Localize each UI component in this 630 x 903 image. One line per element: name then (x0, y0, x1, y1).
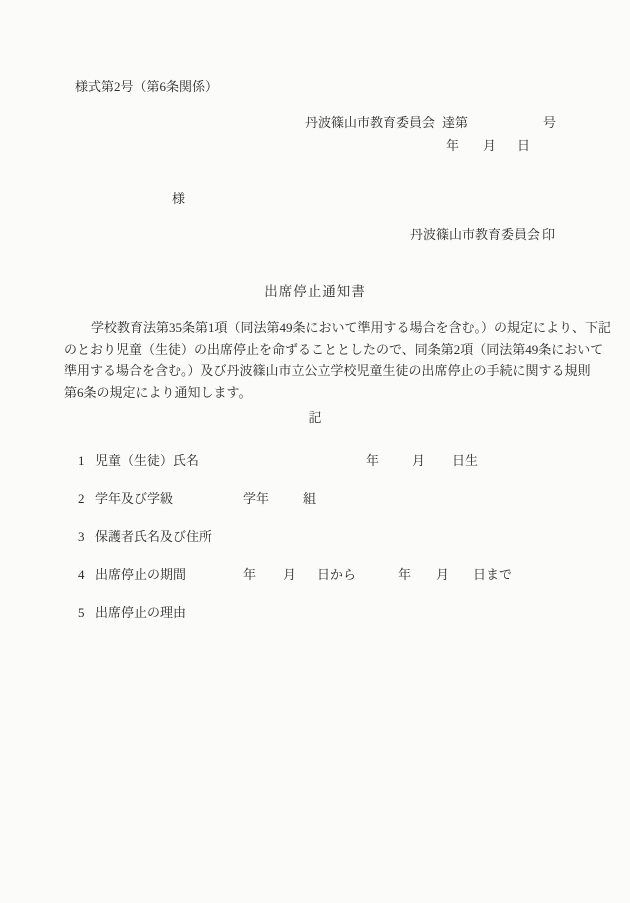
issuer-line: 丹波篠山市教育委員会 達第 号 (0, 116, 630, 136)
item-label: 児童（生徒）氏名 (95, 454, 199, 469)
birth-month-label: 月 (412, 454, 425, 469)
issuer-authority: 丹波篠山市教育委員会 (305, 116, 435, 131)
document-title: 出席停止通知書 (0, 284, 630, 300)
date-year-label: 年 (446, 139, 459, 154)
item-label: 出席停止の理由 (95, 606, 186, 621)
period-from-day-label: 日から (317, 568, 356, 583)
period-to-year-label: 年 (398, 568, 411, 583)
body-line-1: 学校教育法第35条第1項（同法第49条において準用する場合を含む。）の規定により… (64, 317, 570, 339)
form-number: 様式第2号（第6条関係） (75, 80, 218, 95)
item-student-name: 1 児童（生徒）氏名 年 月 日生 (0, 454, 630, 474)
grade-label: 学年 (243, 492, 269, 507)
body-line-3: 準用する場合を含む。）及び丹波篠山市立公立学校児童生徒の出席停止の手続に関する規… (64, 360, 570, 382)
item-guardian: 3 保護者氏名及び住所 (0, 530, 630, 550)
date-line: 年 月 日 (0, 139, 630, 159)
seal-line: 丹波篠山市教育委員会 印 (0, 228, 630, 248)
item-number: 1 (78, 454, 85, 469)
item-number: 2 (78, 492, 85, 507)
item-label: 学年及び学級 (95, 492, 173, 507)
item-number: 5 (78, 606, 85, 621)
seal-mark: 印 (542, 228, 555, 243)
seal-authority: 丹波篠山市教育委員会 (410, 228, 540, 243)
record-heading: 記 (0, 411, 630, 426)
item-suspension-period: 4 出席停止の期間 年 月 日から 年 月 日まで (0, 568, 630, 588)
birth-year-label: 年 (366, 454, 379, 469)
period-to-day-label: 日まで (473, 568, 512, 583)
period-from-year-label: 年 (243, 568, 256, 583)
birth-day-label: 日生 (452, 454, 478, 469)
date-month-label: 月 (483, 139, 496, 154)
item-grade-class: 2 学年及び学級 学年 組 (0, 492, 630, 512)
body-line-4: 第6条の規定により通知します。 (64, 382, 570, 404)
addressee-honorific: 様 (172, 192, 185, 207)
period-from-month-label: 月 (283, 568, 296, 583)
doc-number-prefix: 達第 (442, 116, 468, 131)
item-suspension-reason: 5 出席停止の理由 (0, 606, 630, 626)
item-number: 4 (78, 568, 85, 583)
body-paragraph: 学校教育法第35条第1項（同法第49条において準用する場合を含む。）の規定により… (64, 317, 570, 403)
period-to-month-label: 月 (436, 568, 449, 583)
class-label: 組 (303, 492, 316, 507)
body-line-2: のとおり児童（生徒）の出席停止を命ずることとしたので、同条第2項（同法第49条に… (64, 339, 570, 361)
item-number: 3 (78, 530, 85, 545)
document-page: 様式第2号（第6条関係） 丹波篠山市教育委員会 達第 号 年 月 日 様 丹波篠… (0, 0, 630, 903)
item-label: 出席停止の期間 (95, 568, 186, 583)
doc-number-suffix: 号 (543, 116, 556, 131)
item-label: 保護者氏名及び住所 (95, 530, 212, 545)
date-day-label: 日 (517, 139, 530, 154)
